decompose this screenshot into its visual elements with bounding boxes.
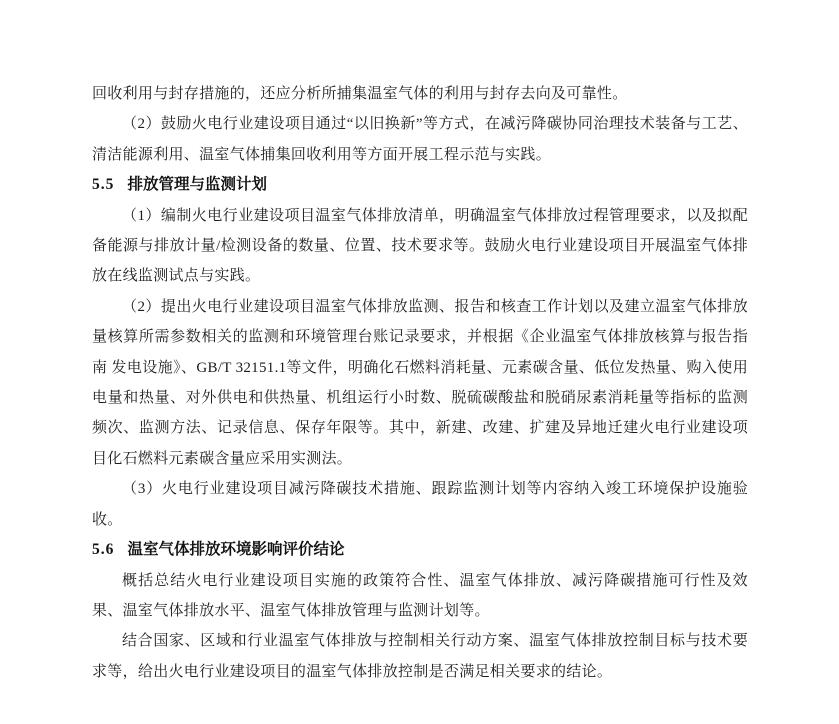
paragraph-item-1-emission-inventory: （1）编制火电行业建设项目温室气体排放清单，明确温室气体排放过程管理要求，以及拟… <box>92 201 748 292</box>
paragraph-item-2-monitoring-report: （2）提出火电行业建设项目温室气体排放监测、报告和核查工作计划以及建立温室气体排… <box>92 292 748 474</box>
section-number: 5.6 <box>92 535 114 565</box>
paragraph-continuation: 回收利用与封存措施的，还应分析所捕集温室气体的利用与封存去向及可靠性。 <box>92 79 748 109</box>
section-heading-5-5: 5.5排放管理与监测计划 <box>92 170 748 200</box>
section-heading-5-6: 5.6温室气体排放环境影响评价结论 <box>92 535 748 565</box>
paragraph-final-conclusion: 结合国家、区域和行业温室气体排放与控制相关行动方案、温室气体排放控制目标与技术要… <box>92 626 748 687</box>
paragraph-item-2-old-for-new: （2）鼓励火电行业建设项目通过“以旧换新”等方式，在减污降碳协同治理技术装备与工… <box>92 109 748 170</box>
section-title: 温室气体排放环境影响评价结论 <box>128 541 345 558</box>
section-number: 5.5 <box>92 170 114 200</box>
paragraph-item-3-acceptance: （3）火电行业建设项目减污降碳技术措施、跟踪监测计划等内容纳入竣工环境保护设施验… <box>92 474 748 535</box>
section-title: 排放管理与监测计划 <box>128 176 268 193</box>
paragraph-summary-conclusion: 概括总结火电行业建设项目实施的政策符合性、温室气体排放、减污降碳措施可行性及效果… <box>92 566 748 627</box>
document-page: 回收利用与封存措施的，还应分析所捕集温室气体的利用与封存去向及可靠性。 （2）鼓… <box>0 0 839 724</box>
